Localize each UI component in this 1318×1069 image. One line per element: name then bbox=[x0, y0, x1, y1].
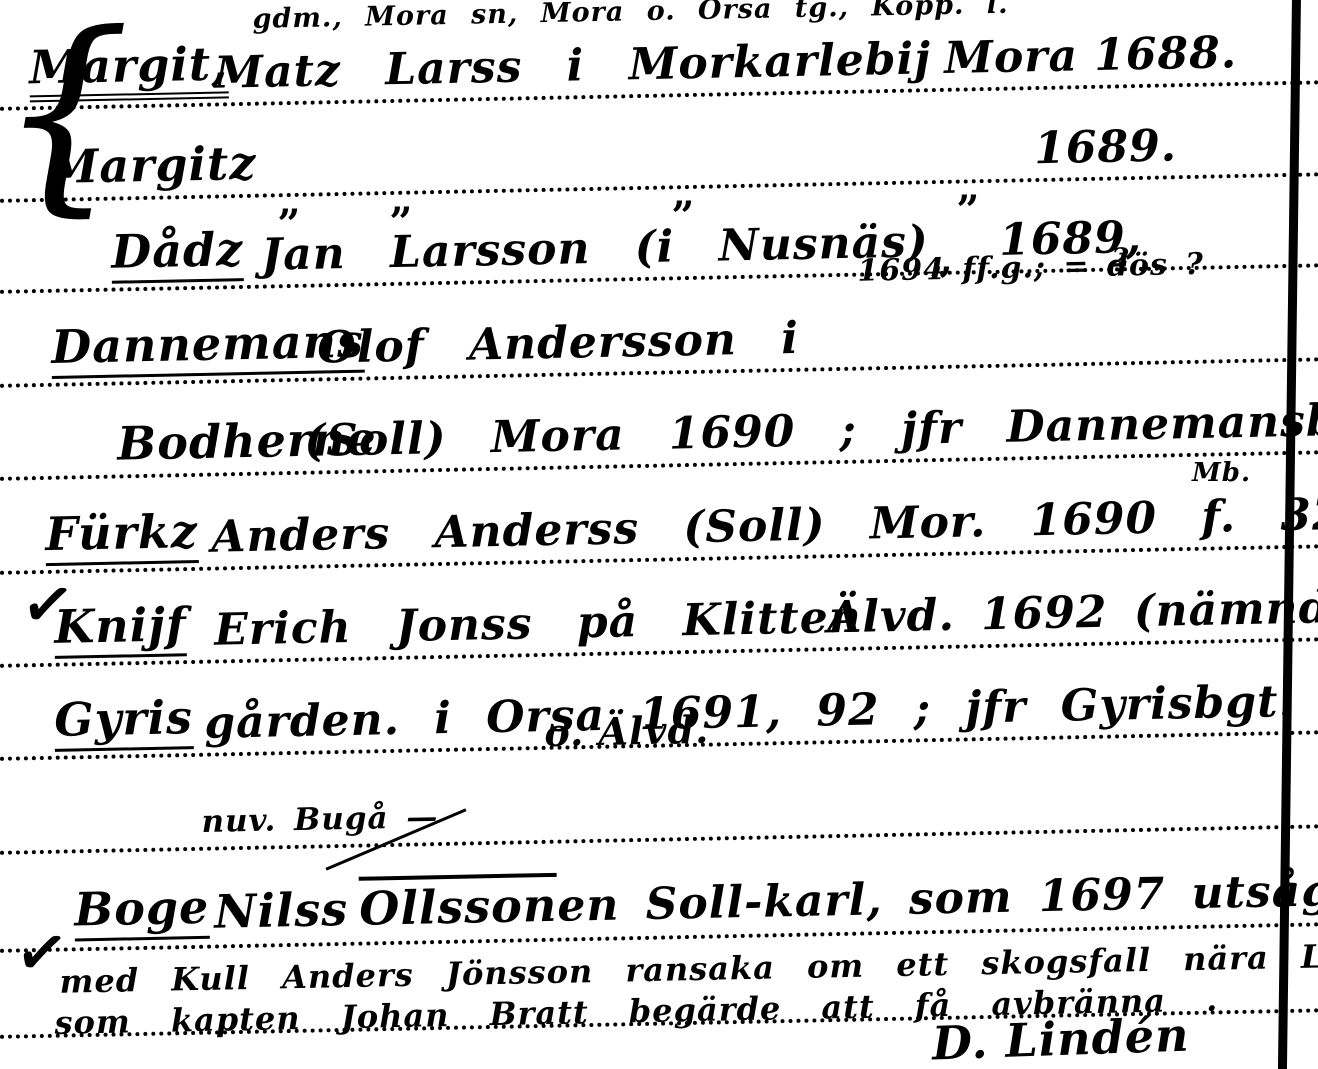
entry-headword: Boge bbox=[74, 880, 210, 942]
entry-year: 1689. bbox=[1034, 120, 1178, 174]
entry-name-overlined: Ollsson bbox=[359, 873, 558, 936]
entry-year: Mora 1688. bbox=[944, 27, 1238, 84]
entry-text: Olof Andersson i bbox=[317, 313, 800, 374]
signature: D. Lindén bbox=[931, 1008, 1190, 1069]
entry-name: Nilss bbox=[214, 882, 349, 939]
entry-continuation: o. Älvd. bbox=[544, 707, 710, 755]
entry-row-furkz: Fürkz Anders Anderss (Soll) Mor. 1690 f.… bbox=[0, 473, 1318, 571]
entry-row-margitz: Margitz 1689. bbox=[0, 101, 1318, 199]
pencil-note-row: nuv. Bugå — bbox=[0, 770, 1318, 848]
entry-text: en Soll-karl, som 1697 utsågs att bbox=[557, 863, 1318, 932]
entry-text: Matz Larss i Morkarlebij bbox=[214, 33, 932, 98]
entry-row-bodherne: Bodherne (Soll) Mora 1690 ; jfr Danneman… bbox=[0, 379, 1318, 477]
entry-headword: Margit, bbox=[29, 36, 229, 102]
entry-text: Erich Jonss på Klitten bbox=[214, 592, 862, 656]
entry-headword: Margitz bbox=[47, 136, 257, 194]
scanned-document: { gdm., Mora sn, Mora o. Orsa tg., Kopp.… bbox=[0, 0, 1318, 1069]
entry-subnote: 1694 ff.g.; = dös ? bbox=[857, 247, 1204, 289]
entry-row-knijf: Knijf Erich Jonss på Klitten Älvd. 1692 … bbox=[0, 566, 1318, 664]
entry-headword: Fürkz bbox=[45, 504, 199, 566]
entry-text-right: Älvd. 1692 (nämndeman) bbox=[827, 579, 1318, 643]
entry-headword: Knijf bbox=[54, 597, 188, 659]
